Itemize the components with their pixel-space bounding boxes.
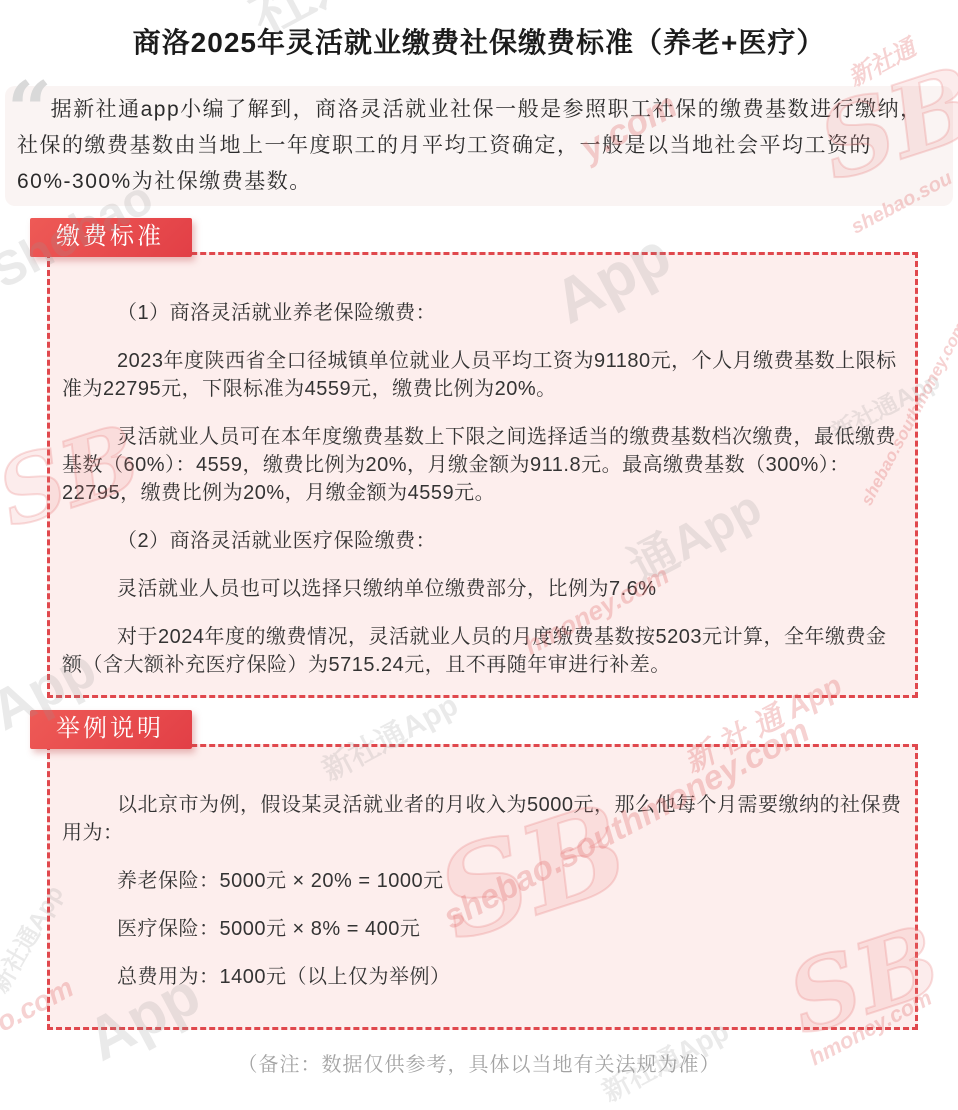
- section-label-text: 缴费标准: [56, 223, 164, 250]
- quote-icon: “: [7, 72, 52, 150]
- paragraph: 医疗保险：5000元 × 8% = 400元: [62, 915, 903, 943]
- page-title: 商洛2025年灵活就业缴费社保缴费标准（养老+医疗）: [0, 0, 958, 60]
- paragraph: 灵活就业人员也可以选择只缴纳单位缴费部分，比例为7.6%: [62, 575, 903, 603]
- intro-text: 据新社通app小编了解到，商洛灵活就业社保一般是参照职工社保的缴费基数进行缴纳，…: [17, 92, 941, 200]
- paragraph: 2023年度陕西省全口径城镇单位就业人员平均工资为91180元，个人月缴费基数上…: [62, 347, 903, 403]
- footer-note: （备注：数据仅供参考，具体以当地有关法规为准）: [0, 1052, 958, 1078]
- paragraph: 养老保险：5000元 × 20% = 1000元: [62, 867, 903, 895]
- paragraph: 对于2024年度的缴费情况，灵活就业人员的月度缴费基数按5203元计算，全年缴费…: [62, 623, 903, 679]
- section-payment-standard: 缴费标准 （1）商洛灵活就业养老保险缴费： 2023年度陕西省全口径城镇单位就业…: [0, 206, 958, 698]
- payment-standard-box: （1）商洛灵活就业养老保险缴费： 2023年度陕西省全口径城镇单位就业人员平均工…: [47, 252, 918, 698]
- paragraph: （1）商洛灵活就业养老保险缴费：: [62, 299, 903, 327]
- intro-box: “ 据新社通app小编了解到，商洛灵活就业社保一般是参照职工社保的缴费基数进行缴…: [5, 86, 953, 206]
- paragraph: （2）商洛灵活就业医疗保险缴费：: [62, 527, 903, 555]
- section-label-text: 举例说明: [56, 715, 164, 742]
- example-label: 举例说明: [30, 710, 192, 749]
- example-box: 以北京市为例，假设某灵活就业者的月收入为5000元，那么他每个月需要缴纳的社保费…: [47, 744, 918, 1030]
- payment-standard-label: 缴费标准: [30, 218, 192, 257]
- paragraph: 总费用为：1400元（以上仅为举例）: [62, 963, 903, 991]
- paragraph: 灵活就业人员可在本年度缴费基数上下限之间选择适当的缴费基数档次缴费，最低缴费基数…: [62, 423, 903, 507]
- paragraph: 以北京市为例，假设某灵活就业者的月收入为5000元，那么他每个月需要缴纳的社保费…: [62, 791, 903, 847]
- section-example: 举例说明 以北京市为例，假设某灵活就业者的月收入为5000元，那么他每个月需要缴…: [0, 698, 958, 1030]
- page: 社通Appy.com新社通SBshebao.souShebaoAppSB新社通A…: [0, 0, 958, 1110]
